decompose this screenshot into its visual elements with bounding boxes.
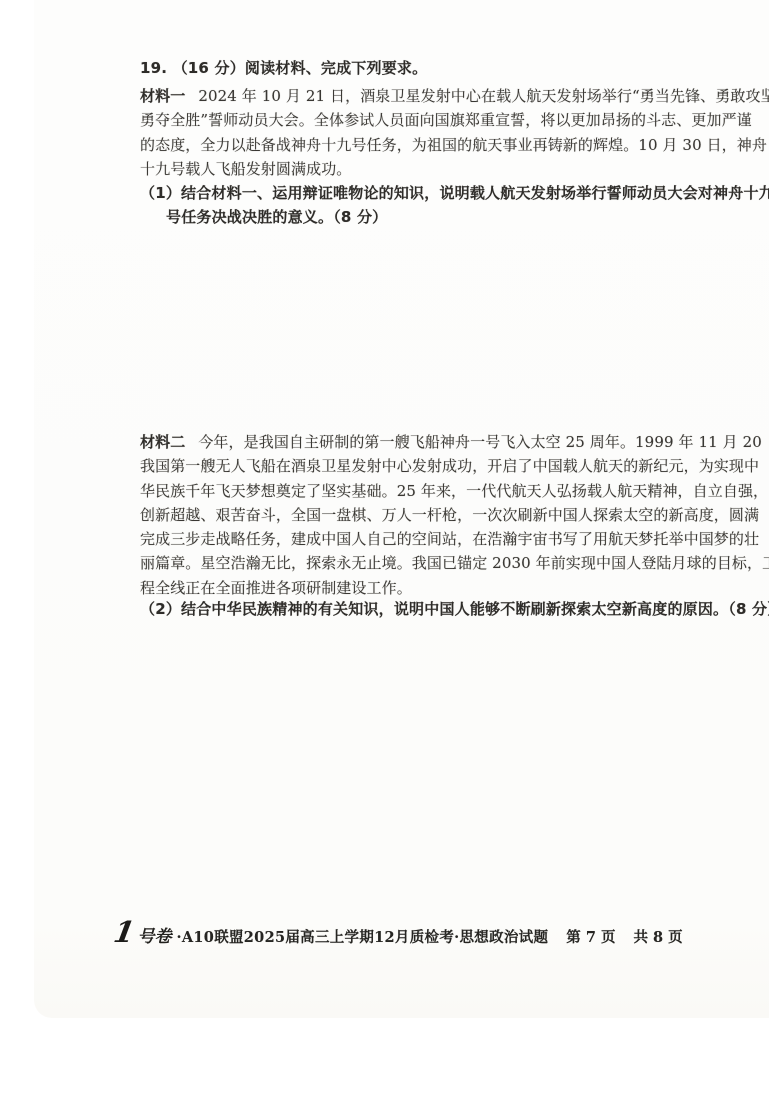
- material-1-line: 勇夺全胜”誓师动员大会。全体参试人员面向国旗郑重宣誓，将以更加昂扬的斗志、更加严…: [140, 108, 752, 132]
- material-2-line: 材料二今年，是我国自主研制的第一艘飞船神舟一号飞入太空 25 周年。1999 年…: [140, 430, 752, 454]
- sub-question-1-line: （1）结合材料一、运用辩证唯物论的知识，说明载人航天发射场举行誓师动员大会对神舟…: [140, 181, 752, 205]
- material-1-line: 材料一2024 年 10 月 21 日，酒泉卫星发射中心在载人航天发射场举行“勇…: [140, 84, 752, 108]
- sub-question-1-line: 号任务决战决胜的意义。（8 分）: [140, 205, 752, 229]
- material-1-line: 的态度，全力以赴备战神舟十九号任务，为祖国的航天事业再铸新的辉煌。10 月 30…: [140, 133, 752, 157]
- sub-question-2-line: （2）结合中华民族精神的有关知识，说明中国人能够不断刷新探索太空新高度的原因。（…: [140, 597, 752, 621]
- material-2-line: 丽篇章。星空浩瀚无比，探索永无止境。我国已锚定 2030 年前实现中国人登陆月球…: [140, 551, 752, 575]
- material-2-line: 华民族千年飞天梦想奠定了坚实基础。25 年来，一代代航天人弘扬载人航天精神，自立…: [140, 479, 752, 503]
- material-1-first-line-text: 2024 年 10 月 21 日，酒泉卫星发射中心在载人航天发射场举行“勇当先锋…: [198, 87, 769, 105]
- footer-page-total: 共 8 页: [633, 926, 682, 947]
- material-2-first-line-text: 今年，是我国自主研制的第一艘飞船神舟一号飞入太空 25 周年。1999 年 11…: [198, 433, 769, 451]
- material-2-line: 完成三步走战略任务，建成中国人自己的空间站，在浩瀚宇宙书写了用航天梦托举中国梦的…: [140, 527, 752, 551]
- material-1-line: 十九号载人飞船发射圆满成功。: [140, 157, 752, 181]
- exam-brand-logo-numeral: 1: [112, 918, 137, 947]
- material-2-line: 创新超越、艰苦奋斗，全国一盘棋、万人一杆枪，一次次刷新中国人探索太空的新高度，圆…: [140, 503, 752, 527]
- question-19-header: 19. （16 分）阅读材料、完成下列要求。: [140, 56, 752, 80]
- question-19-block: 19. （16 分）阅读材料、完成下列要求。: [140, 56, 752, 80]
- footer-page-number: 第 7 页: [566, 926, 615, 947]
- material-2-line: 我国第一艘无人飞船在酒泉卫星发射中心发射成功，开启了中国载人航天的新纪元，为实现…: [140, 454, 752, 478]
- material-2-paragraph: 材料二今年，是我国自主研制的第一艘飞船神舟一号飞入太空 25 周年。1999 年…: [140, 430, 752, 600]
- material-1-label: 材料一: [140, 87, 185, 105]
- material-1-paragraph: 材料一2024 年 10 月 21 日，酒泉卫星发射中心在载人航天发射场举行“勇…: [140, 84, 752, 181]
- material-2-label: 材料二: [140, 433, 185, 451]
- sub-question-2: （2）结合中华民族精神的有关知识，说明中国人能够不断刷新探索太空新高度的原因。（…: [140, 597, 752, 621]
- sub-question-1: （1）结合材料一、运用辩证唯物论的知识，说明载人航天发射场举行誓师动员大会对神舟…: [140, 181, 752, 230]
- exam-brand-name: 号卷: [138, 922, 172, 947]
- page-footer: 1 号卷 ·A10联盟2025届高三上学期12月质检考·思想政治试题 第 7 页…: [14, 918, 769, 947]
- footer-exam-title: ·A10联盟2025届高三上学期12月质检考·思想政治试题: [177, 926, 549, 947]
